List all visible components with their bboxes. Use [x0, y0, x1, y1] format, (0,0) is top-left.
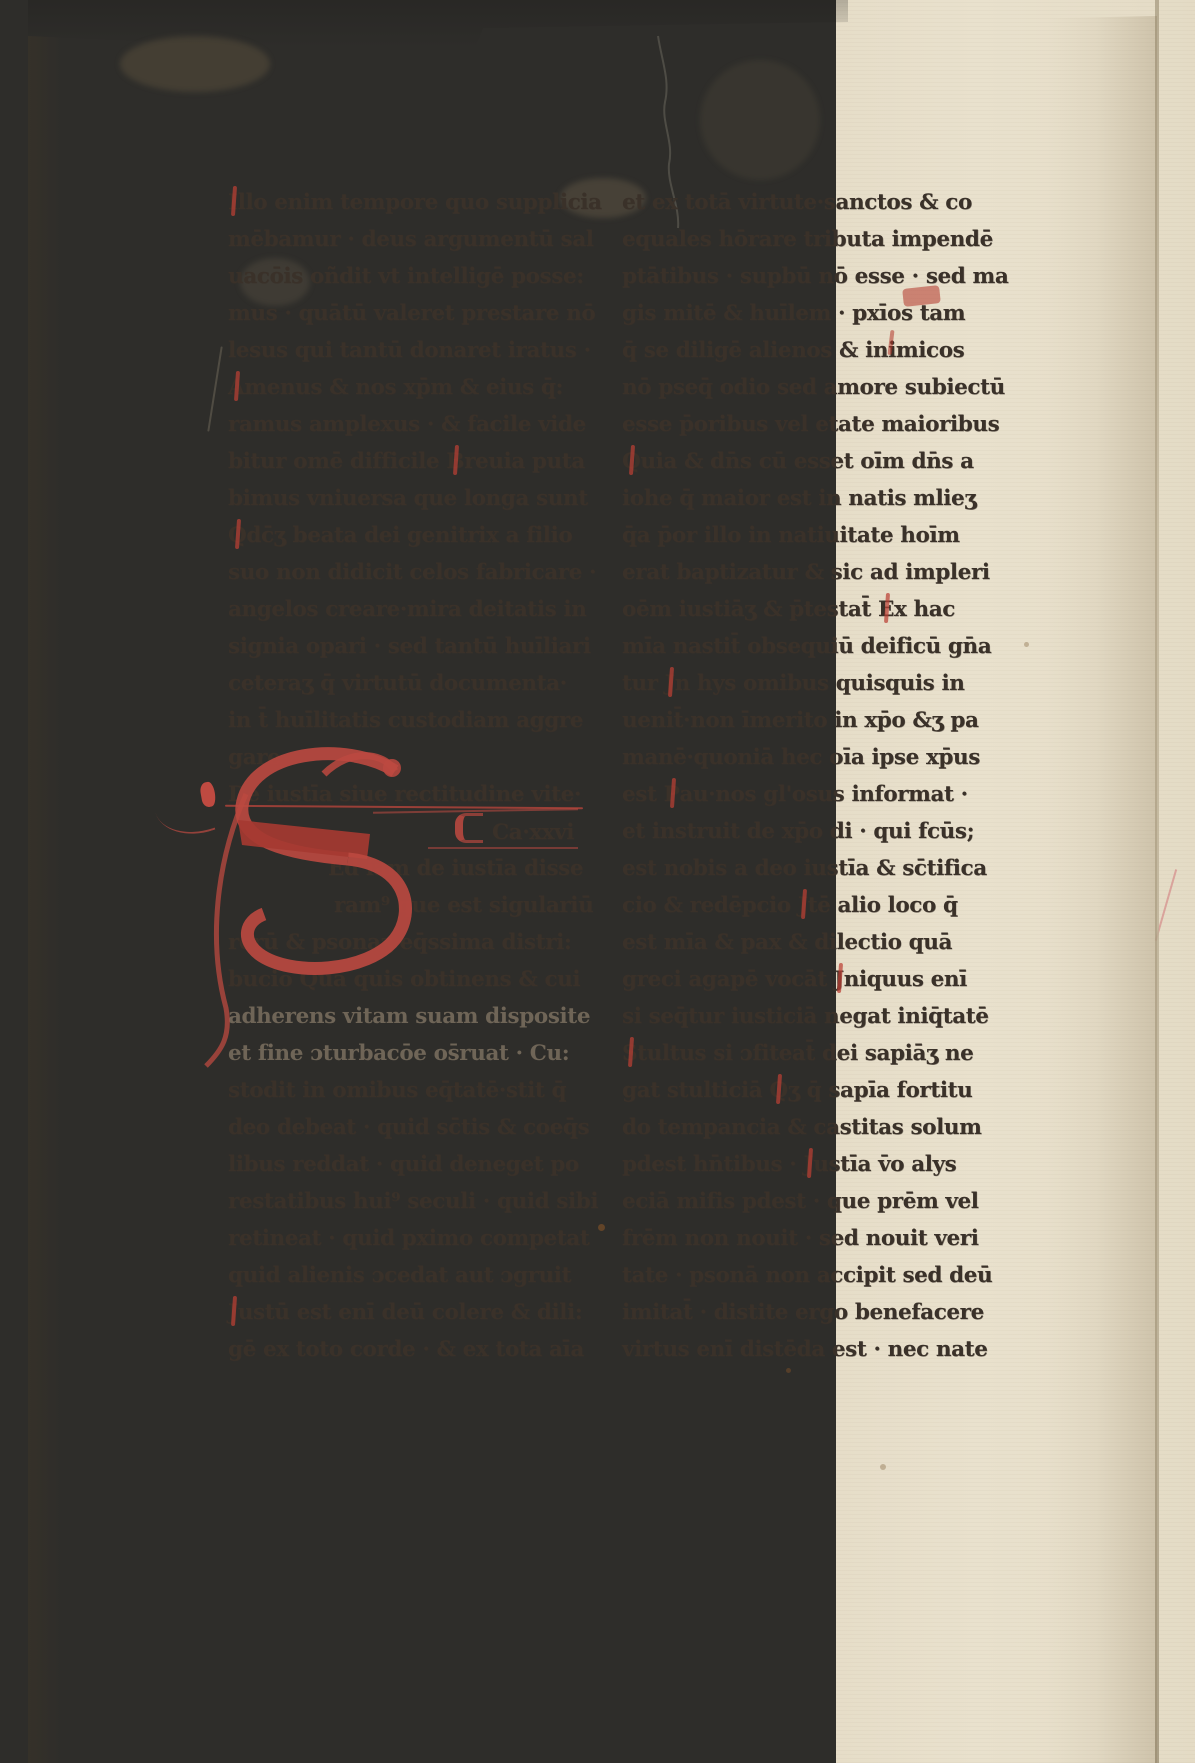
- text-line: nō pseq̄ odio sed amore subiectū: [622, 369, 970, 406]
- text-line: tur Jn hys omibus quisquis in: [622, 665, 970, 702]
- rubricated-letter: I: [228, 184, 238, 221]
- text-line: virtus enī distēda est · nec nate: [622, 1331, 970, 1368]
- rubricated-letter: J: [834, 961, 844, 998]
- text-line: angelos creare·mira deitatis in: [228, 591, 576, 628]
- text-line: et instruit de xp̄o di · qui fcūs;: [622, 813, 970, 850]
- text-line: et ex totā virtute·sanctos & co: [622, 184, 970, 221]
- text-line: Justū est enī deū colere & dili:: [228, 1294, 576, 1331]
- paper-speck: [1024, 642, 1029, 647]
- text-line: suo non didicit celos fabricare ·: [228, 554, 576, 591]
- red-ink-blotch: [902, 285, 941, 307]
- rubricated-letter: A: [228, 369, 244, 406]
- rubricated-letter: P: [664, 776, 680, 813]
- rubricated-letter: Q: [622, 443, 640, 480]
- text-line: mēbamur · deus argumentū sal: [228, 221, 576, 258]
- text-line: ramus amplexus · & facile vide: [228, 406, 576, 443]
- text-line: si seq̄tur iusticiā negat iniq̄tatē: [622, 998, 970, 1035]
- text-line: iohe q̄ maior est in natis mlieʒ: [622, 480, 970, 517]
- text-line: gat stulticiā Qʒ q̄ sapīa fortitu: [622, 1072, 970, 1109]
- text-line: frēm non nouit · sed nouit veri: [622, 1220, 970, 1257]
- text-line: deo debeat · quid sc̄tis & coeq̄s: [228, 1109, 576, 1146]
- text-line: est Pau·nos gl'osus informat ·: [622, 776, 970, 813]
- text-line: esse p̄oribus vel etate maioribus: [622, 406, 970, 443]
- text-line: bitur omē difficile Breuia puta: [228, 443, 576, 480]
- text-line: equales hōrare tributa impendē: [622, 221, 970, 258]
- text-line: manē·quoniā hec oīa ipse xp̄us: [622, 739, 970, 776]
- text-line: oēm iustiāʒ & p̄testat̄ Ex hac: [622, 591, 970, 628]
- text-line: bimus vniuersa que longa sunt: [228, 480, 576, 517]
- text-line: imitat̄ · distite ergo benefacere: [622, 1294, 970, 1331]
- rubricated-letter: Q: [228, 517, 246, 554]
- rubricated-letter: J: [665, 665, 675, 702]
- text-line: mīa nastit̄ obsequiū deificū gn̄a: [622, 628, 970, 665]
- paper-stain: [120, 36, 270, 92]
- text-line: signia opari · sed tantū huīliari: [228, 628, 576, 665]
- text-line: retineat · quid pximo competat: [228, 1220, 576, 1257]
- rubricated-letter: J: [798, 887, 808, 924]
- text-line: mus · quātū valeret prestare nō: [228, 295, 576, 332]
- rubricated-initial-S: [196, 744, 426, 1074]
- paper-speck: [598, 1224, 605, 1231]
- text-line: uenit̄·non īmerito in xp̄o &ʒ pa: [622, 702, 970, 739]
- text-line: lesus qui tantū donaret iratus ·: [228, 332, 576, 369]
- text-line: est nobis a deo iustīa & sc̄tifica: [622, 850, 970, 887]
- text-line: quid alienis ɔcedat aut ɔgruit: [228, 1257, 576, 1294]
- rubricated-letter: S: [622, 1035, 637, 1072]
- text-line: greci agapē vocāt Jniquus enī: [622, 961, 970, 998]
- text-line: do tempancia & castitas solum: [622, 1109, 970, 1146]
- rubricated-letter: J: [228, 1294, 238, 1331]
- text-line: erat baptizatur & sic ad impleri: [622, 554, 970, 591]
- text-line: ceteraʒ q̄ virtutū documenta·: [228, 665, 576, 702]
- text-line: q̄ se diligē alienos & inimicos: [622, 332, 970, 369]
- rubric-paragraph-mark: [455, 813, 483, 843]
- text-line: Qdc̄ʒ beata dei genitrix a filio: [228, 517, 576, 554]
- text-line: cio & redēpcio Jtē alio loco q̄: [622, 887, 970, 924]
- text-line: uacōis oñdit vt intelligē posse:: [228, 258, 576, 295]
- rubricated-letter: E: [878, 591, 894, 628]
- text-line: q̄a p̄or illo in natiuitate hoīm: [622, 517, 970, 554]
- text-line: eciā mifis pdest · que prēm vel: [622, 1183, 970, 1220]
- text-line: in t̄ huīlitatis custodiam aggre: [228, 702, 576, 739]
- text-line: restatibus hui⁹ seculi · quid sibi: [228, 1183, 576, 1220]
- text-line: Stultus si ɔfiteat̄ dei sapiāʒ ne: [622, 1035, 970, 1072]
- text-line: Illo enim tempore quo supplicia: [228, 184, 576, 221]
- text-line: est mīa & pax & dilectio quā: [622, 924, 970, 961]
- text-line: pdest hn̄tibus · Justīa v̄o alys: [622, 1146, 970, 1183]
- paper-speck: [880, 1464, 886, 1470]
- rubricated-letter: J: [803, 1146, 813, 1183]
- text-line: tate · psonā non accipit sed deū: [622, 1257, 970, 1294]
- text-line: gē ex toto corde · & ex tota aīa: [228, 1331, 576, 1368]
- right-text-column: et ex totā virtute·sanctos & coequales h…: [622, 184, 970, 1368]
- rubricated-letter: Q: [769, 1072, 787, 1109]
- rubricated-letter: B: [446, 443, 464, 480]
- text-line: libus reddat · quid deneget po: [228, 1146, 576, 1183]
- text-line: Quia & dn̄s cū esset oīm dn̄s a: [622, 443, 970, 480]
- paper-speck: [786, 1368, 791, 1373]
- text-line: stodit in omibus eq̄tatē·stit q̄: [228, 1072, 576, 1109]
- text-line: Amenus & nos xp̄m & eius q̄:: [228, 369, 576, 406]
- book-photograph: { "document": { "kind": "early printed b…: [0, 0, 1195, 1763]
- paper-stain: [700, 60, 820, 180]
